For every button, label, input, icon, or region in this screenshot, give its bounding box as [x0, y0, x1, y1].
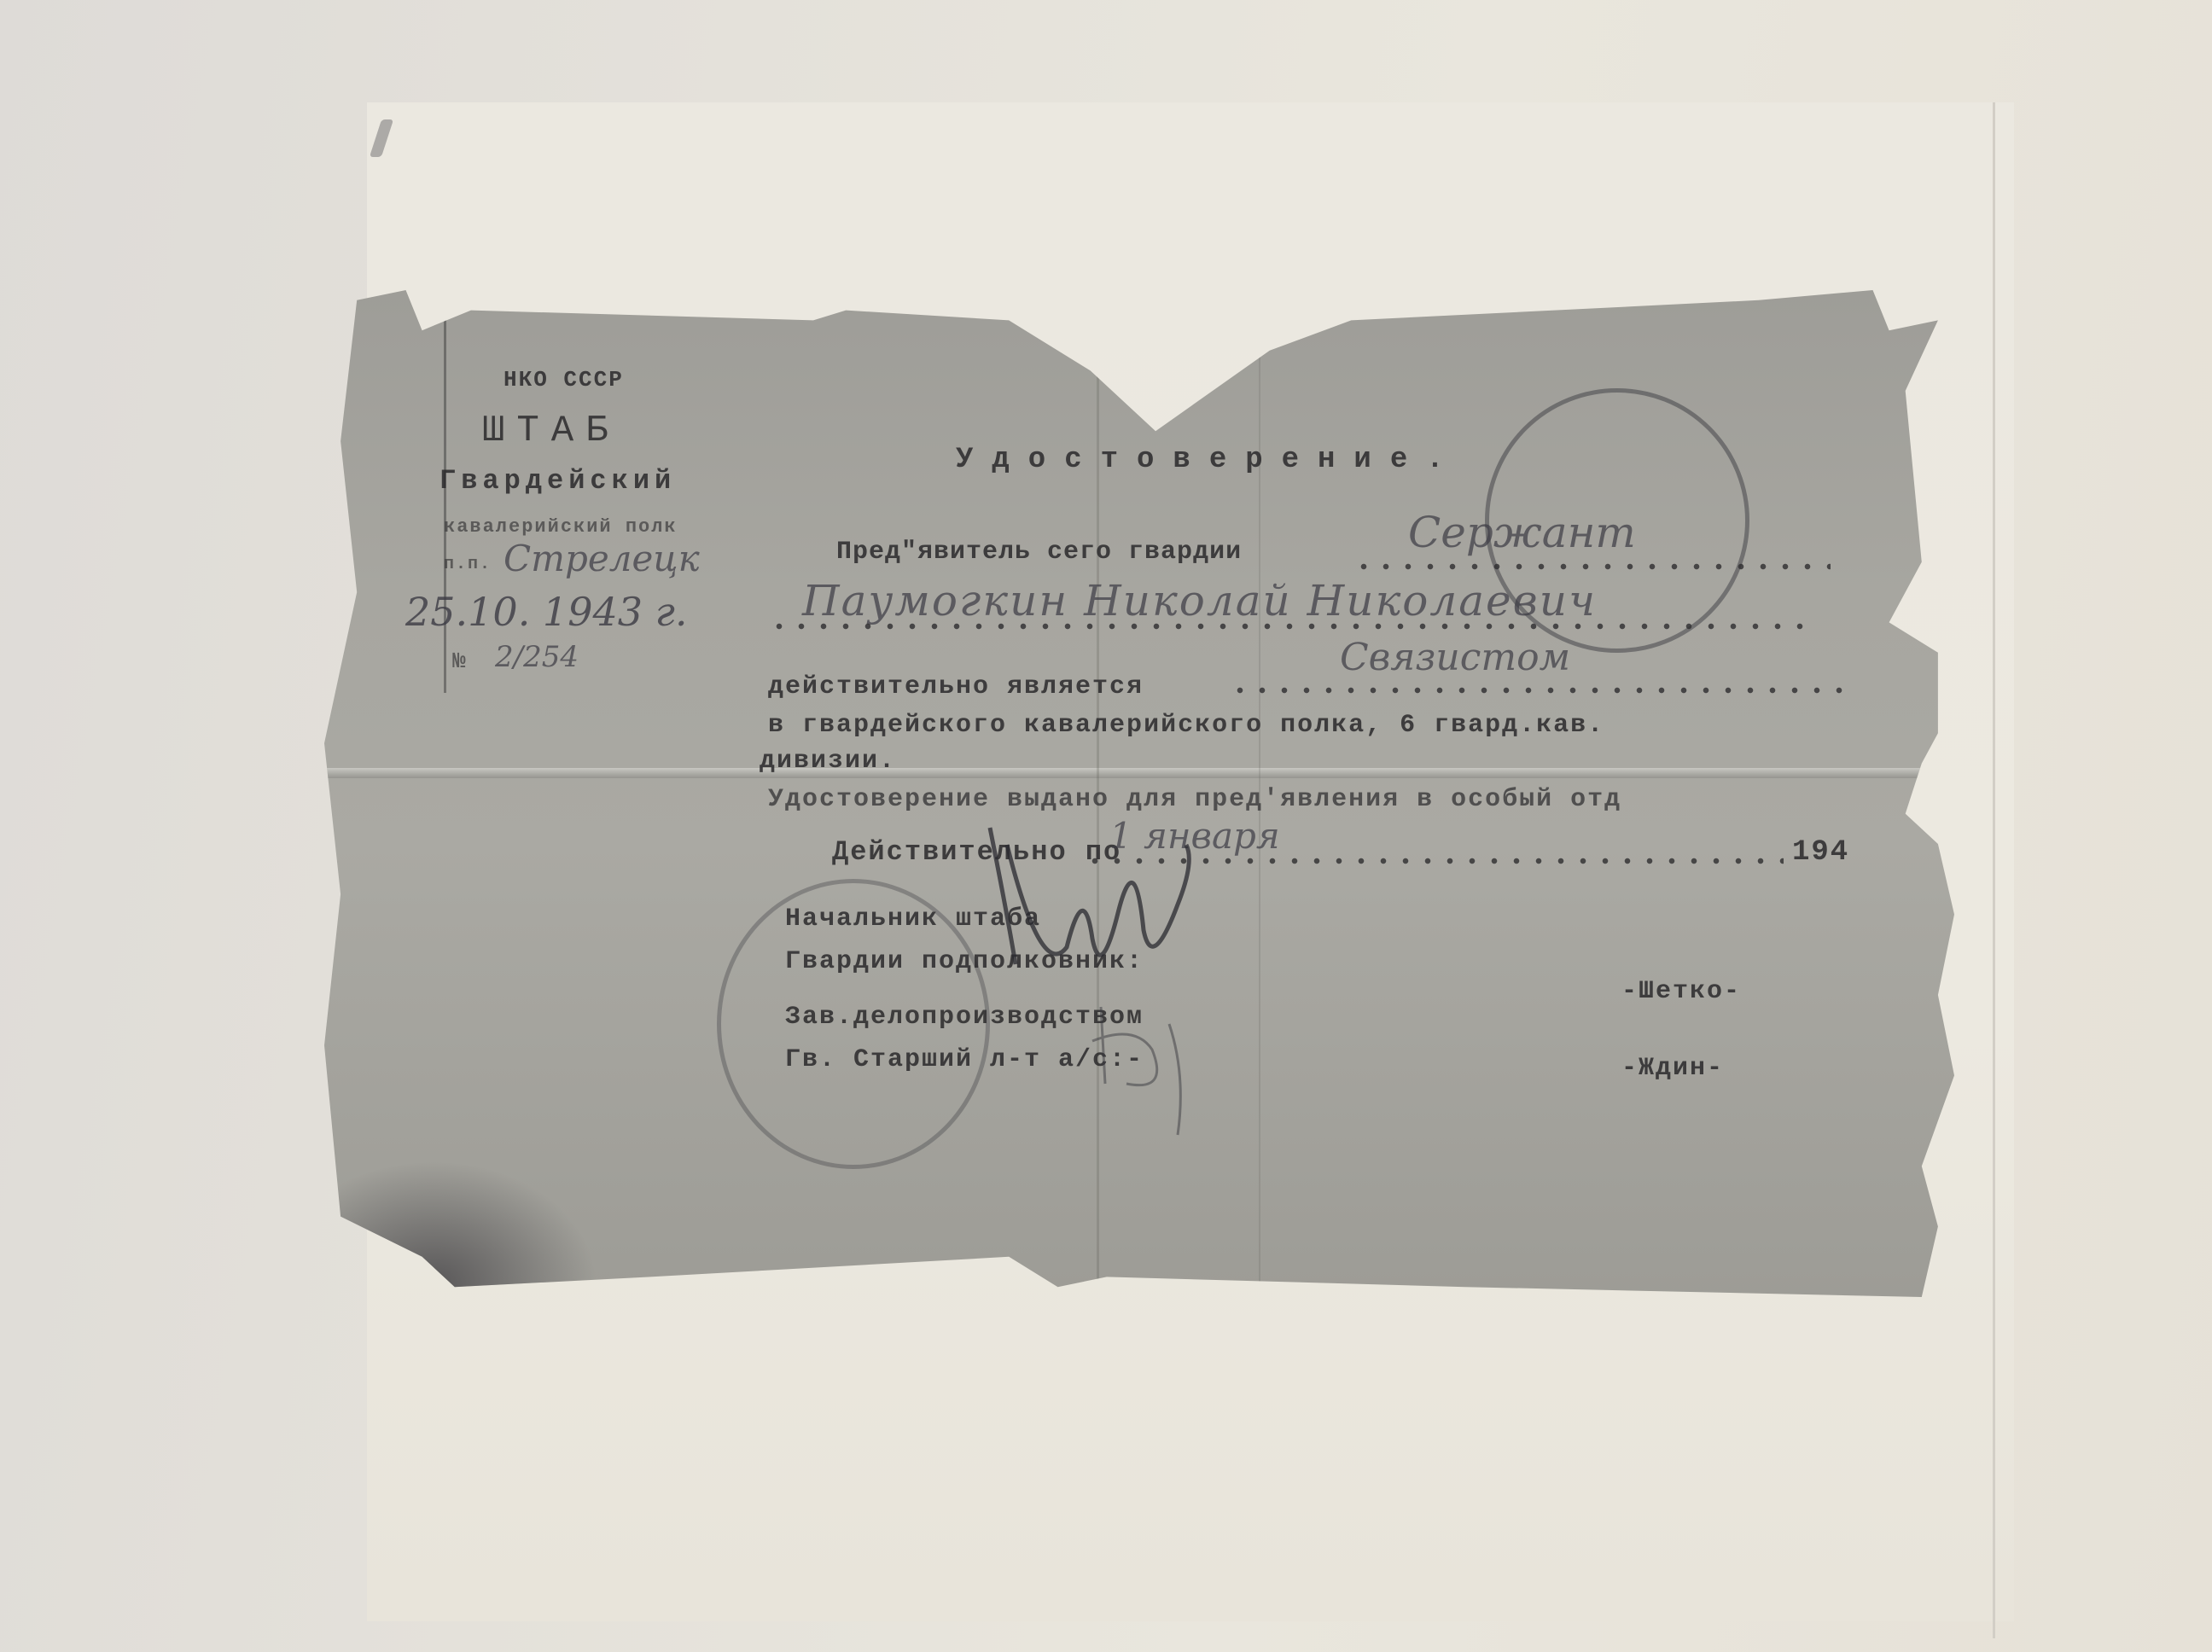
header-org: НКО СССР [504, 367, 624, 393]
position-handwritten: Связистом [1340, 636, 1570, 679]
header-place-handwritten: Стрелецк [504, 538, 700, 579]
header-place-label: п.п. [444, 555, 492, 574]
header-number-label: № [452, 649, 468, 674]
valid-year: 194 [1792, 836, 1849, 869]
clerk-name: -Ждин- [1621, 1054, 1724, 1083]
division-line-typed: дивизии. [760, 747, 896, 776]
header-date: 25.10. 1943 г. [405, 589, 688, 635]
header-regiment: кавалерийский полк [444, 516, 678, 538]
issued-for-line-typed: Удостоверение выдано для пред'явления в … [768, 785, 1621, 814]
dotted-fill-line [768, 623, 1818, 630]
header-number: 2/254 [495, 640, 579, 674]
sheet-edge-line [1993, 102, 1995, 1638]
bearer-name-handwritten: Паумогкин Николай Николаевич [802, 576, 1597, 625]
chief-name: -Шетко- [1621, 977, 1741, 1006]
bearer-line-typed: Пред"явитель сего гвардии [836, 538, 1242, 567]
dotted-fill-line [1229, 687, 1843, 694]
header-unit: Гвардейский [439, 465, 676, 497]
header-shtab: ШТАБ [482, 410, 620, 452]
rank-handwritten: Сержант [1408, 508, 1636, 557]
dotted-fill-line [1353, 563, 1831, 570]
document-title: Удостоверение. [956, 444, 1463, 476]
stain-corner [324, 1160, 597, 1297]
horizontal-fold-crease [324, 768, 1954, 778]
regiment-line-typed: в гвардейского кавалерийского полка, 6 г… [768, 711, 1604, 740]
torn-certificate-document: НКО СССР ШТАБ Гвардейский кавалерийский … [324, 290, 1954, 1297]
clerk-signature-icon [1075, 990, 1212, 1143]
is-indeed-typed: действительно является [768, 672, 1144, 701]
chief-signature-icon [973, 811, 1229, 998]
